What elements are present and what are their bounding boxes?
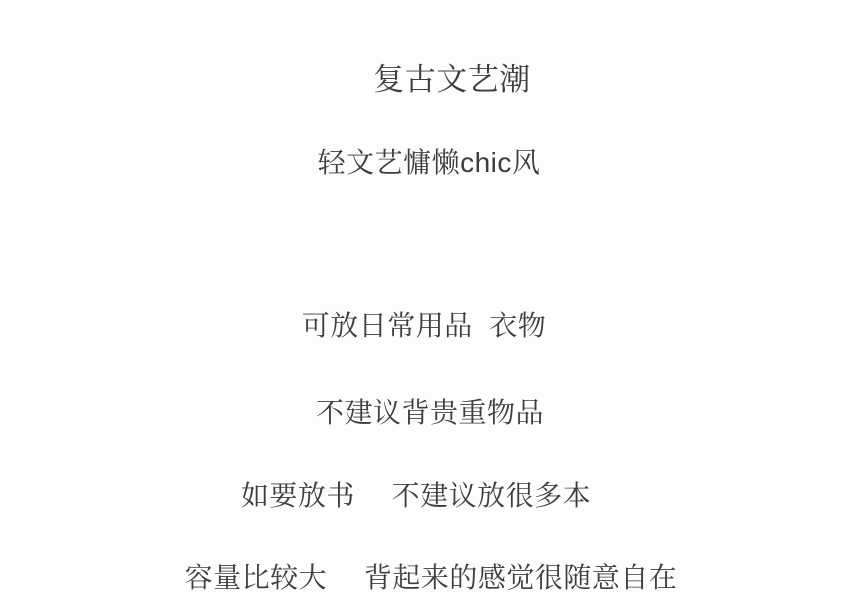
usage-note-text: 可放日常用品 衣物 xyxy=(0,310,854,342)
subheadline-text: 轻文艺慵懒chic风 xyxy=(0,147,859,179)
description-image: 复古文艺潮 轻文艺慵懒chic风 可放日常用品 衣物 不建议背贵重物品 如要放书… xyxy=(0,0,860,615)
books-warning-text: 如要放书 不建议放很多本 xyxy=(0,480,846,512)
valuables-warning-text: 不建议背贵重物品 xyxy=(0,397,860,429)
headline-text: 复古文艺潮 xyxy=(22,62,860,98)
capacity-note-text: 容量比较大 背起来的感觉很随意自在 xyxy=(1,562,860,594)
